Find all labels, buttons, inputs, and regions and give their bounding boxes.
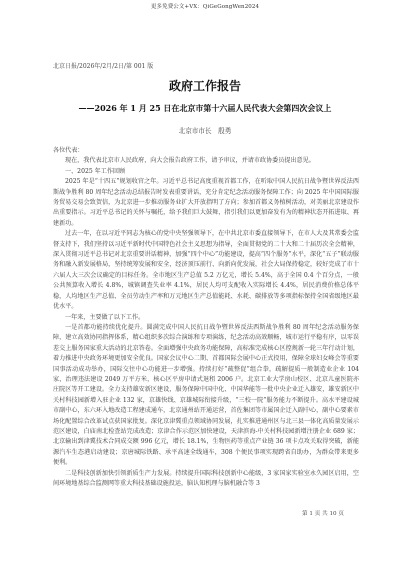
body-paragraph: 一年来，主要做了以下工作。 (53, 313, 359, 323)
speaker-line: 北京市市长 殷勇 (0, 125, 410, 135)
section-heading: 一、2025 年工作回顾 (53, 167, 359, 177)
body-paragraph: 2025 年是“十四五”规划收官之年。习近平总书记高度重视首都工作，在听取中国人… (53, 177, 359, 229)
page-indicator: 第 1 页 共 10 页 (302, 509, 344, 517)
document-body: 各位代表： 现在，我代表北京市人民政府，向大会报告政府工作，请予审议，并请市政协… (53, 146, 359, 489)
body-paragraph: 过去一年，在以习近平同志为核心的党中央坚强领导下，在中共北京市委直接领导下，在市… (53, 229, 359, 312)
document-title: 政府工作报告 (0, 77, 410, 94)
salutation: 各位代表： (53, 146, 359, 156)
body-paragraph: 一是首都功能持续优化提升。圆满完成中国人民抗日战争暨世界反法西斯战争胜利 80 … (53, 323, 359, 469)
intro-paragraph: 现在，我代表北京市人民政府，向大会报告政府工作，请予审议，并请市政协委员提出意见… (53, 156, 359, 166)
body-paragraph: 二是科技创新加快引领新质生产力发展。持续提升国际科技创新中心能级，3 家国家实验… (53, 469, 359, 490)
document-subtitle: ——2026 年 1 月 25 日在北京市第十六届人民代表大会第四次会议上 (0, 103, 410, 114)
source-line: 北京日报/2026年/2月/2日/第 001 版 (53, 61, 153, 70)
watermark-text: 更多免费公文+VX：QiGeGongWen2024 (0, 2, 410, 10)
